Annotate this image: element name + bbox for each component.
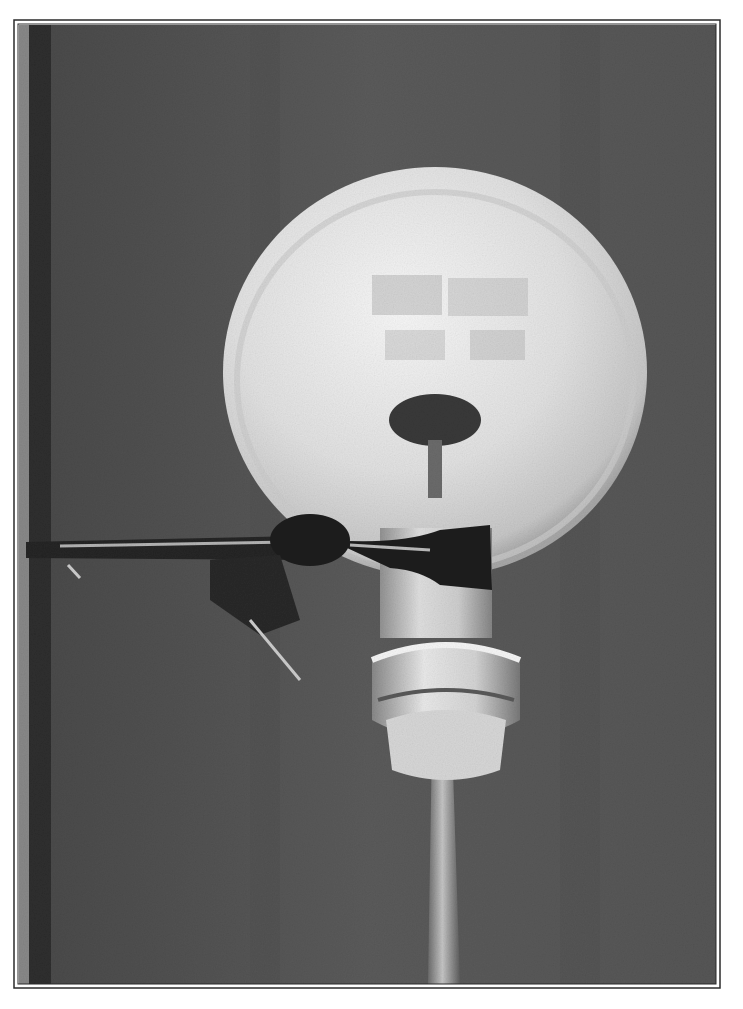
- left-pole: [29, 25, 51, 984]
- globe-stem: [428, 440, 442, 498]
- left-pole-highlight: [19, 25, 29, 984]
- lamp-photograph: [0, 0, 743, 1009]
- frosted-glass-globe: [223, 167, 647, 577]
- reflector-disc: [389, 394, 481, 446]
